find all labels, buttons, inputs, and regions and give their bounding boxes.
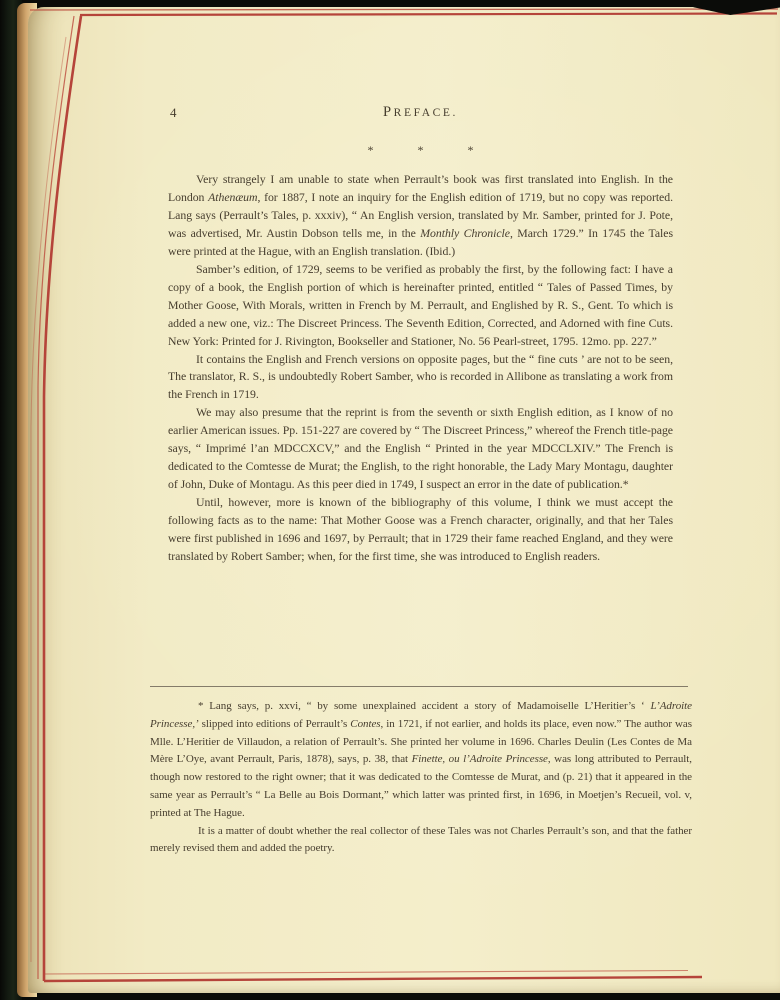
page-content: 4 PREFACE. * * * Very strangely I am una… — [28, 7, 780, 993]
text-run: It contains the English and French versi… — [168, 352, 673, 402]
text-run: Monthly Chronicle — [420, 226, 510, 240]
body-text: Very strangely I am unable to state when… — [168, 171, 673, 687]
paragraph: It is a matter of doubt whether the real… — [150, 823, 692, 859]
book-page: 4 PREFACE. * * * Very strangely I am una… — [28, 7, 780, 993]
text-run: Until, however, more is known of the bib… — [168, 495, 673, 563]
paragraph: Samber’s edition, of 1729, seems to be v… — [168, 261, 673, 351]
paragraph: It contains the English and French versi… — [168, 351, 673, 405]
text-run: We may also presume that the reprint is … — [168, 405, 673, 491]
text-run: Samber’s edition, of 1729, seems to be v… — [168, 262, 673, 348]
text-run: Athenæum — [208, 190, 257, 204]
paragraph: * Lang says, p. xxvi, “ by some unexplai… — [150, 698, 692, 823]
footnote: * Lang says, p. xxvi, “ by some unexplai… — [150, 698, 692, 878]
asterisk-icon: * — [368, 145, 374, 155]
text-run: * Lang says, p. xxvi, “ by some unexplai… — [198, 700, 650, 712]
text-run: Finette, ou l’Adroite Princesse — [412, 753, 548, 765]
asterisk-icon: * — [468, 145, 474, 155]
paragraph: Until, however, more is known of the bib… — [168, 494, 673, 566]
paragraph: We may also presume that the reprint is … — [168, 404, 673, 494]
page-header: 4 PREFACE. — [168, 104, 673, 122]
section-ornament: * * * — [168, 145, 673, 155]
text-run: It is a matter of doubt whether the real… — [150, 825, 692, 855]
footnote-separator — [150, 686, 688, 687]
paragraph: Very strangely I am unable to state when… — [168, 171, 673, 261]
book-scan: 4 PREFACE. * * * Very strangely I am una… — [0, 0, 780, 1000]
text-run: Contes — [350, 718, 380, 730]
asterisk-icon: * — [418, 145, 424, 155]
text-run: slipped into editions of Perrault’s — [199, 718, 351, 730]
running-head: PREFACE. — [168, 104, 673, 121]
